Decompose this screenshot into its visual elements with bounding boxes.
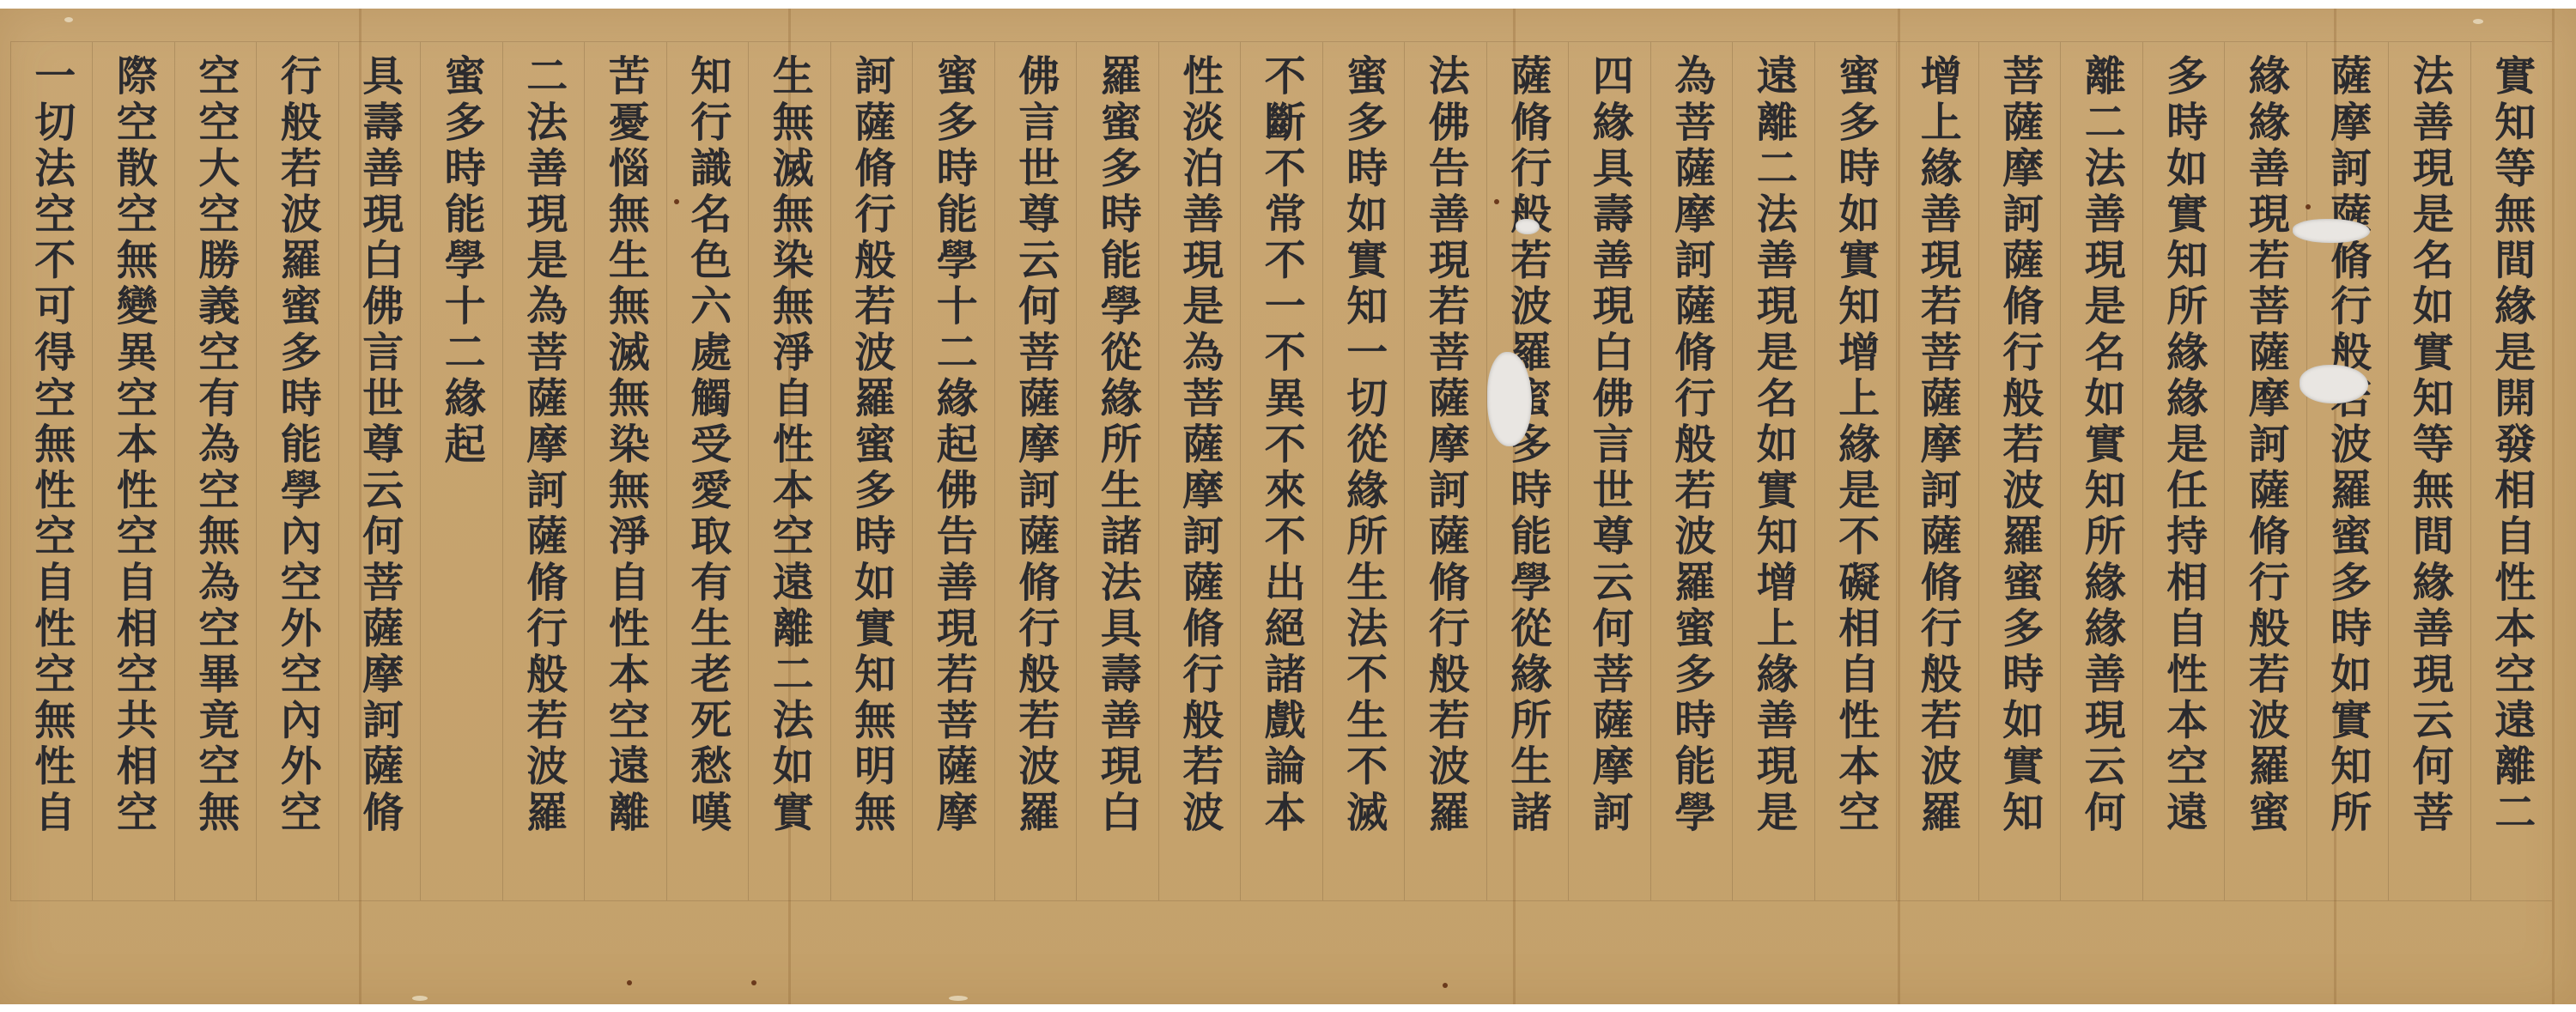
- text-column: 四緣具壽善現白佛言世尊云何菩薩摩訶: [1568, 42, 1650, 900]
- column-text: 二法善現是為菩薩摩訶薩脩行般若波羅: [523, 42, 564, 900]
- paper-tear: [1487, 352, 1532, 446]
- text-column: 離二法善現是名如實知所緣緣善現云何: [2060, 42, 2142, 900]
- text-column: 法善現是名如實知等無間緣善現云何菩: [2388, 42, 2470, 900]
- text-column: 知行識名色六處觸受愛取有生老死愁嘆: [666, 42, 749, 900]
- ink-speck: [627, 980, 632, 985]
- ink-speck: [751, 980, 756, 985]
- text-column: 行般若波羅蜜多時能學內空外空內外空: [256, 42, 338, 900]
- paper-tear: [2300, 365, 2368, 403]
- column-text: 具壽善現白佛言世尊云何菩薩摩訶薩脩: [359, 42, 400, 900]
- column-text: 行般若波羅蜜多時能學內空外空內外空: [276, 42, 318, 900]
- column-text: 薩脩行般若波羅蜜多時能學從緣所生諸: [1507, 42, 1548, 900]
- text-column: 多時如實知所緣緣是任持相自性本空遠: [2142, 42, 2225, 900]
- column-text: 蜜多時能學十二緣起佛告善現若菩薩摩: [933, 42, 974, 900]
- text-column: 不斷不常不一不異不來不出絕諸戲論本: [1240, 42, 1322, 900]
- column-text: 法佛告善現若菩薩摩訶薩脩行般若波羅: [1425, 42, 1466, 900]
- column-text: 羅蜜多時能學從緣所生諸法具壽善現白: [1097, 42, 1138, 900]
- text-column: 實知等無間緣是開發相自性本空遠離二: [2470, 42, 2553, 900]
- text-column: 薩摩訶薩脩行般若波羅蜜多時如實知所: [2306, 42, 2389, 900]
- column-text: 薩摩訶薩脩行般若波羅蜜多時如實知所: [2327, 42, 2368, 900]
- column-text: 訶薩脩行般若波羅蜜多時如實知無明無: [851, 42, 892, 900]
- wear-spot: [949, 996, 968, 1001]
- text-column: 法佛告善現若菩薩摩訶薩脩行般若波羅: [1404, 42, 1486, 900]
- text-column: 蜜多時能學十二緣起: [420, 42, 502, 900]
- text-column: 遠離二法善現是名如實知增上緣善現是: [1732, 42, 1814, 900]
- column-text: 不斷不常不一不異不來不出絕諸戲論本: [1261, 42, 1302, 900]
- text-column: 生無滅無染無淨自性本空遠離二法如實: [748, 42, 830, 900]
- column-text: 蜜多時如實知增上緣是不礙相自性本空: [1835, 42, 1876, 900]
- text-column: 訶薩脩行般若波羅蜜多時如實知無明無: [830, 42, 913, 900]
- column-text: 離二法善現是名如實知所緣緣善現云何: [2081, 42, 2122, 900]
- column-text: 遠離二法善現是名如實知增上緣善現是: [1753, 42, 1794, 900]
- column-text: 法善現是名如實知等無間緣善現云何菩: [2409, 42, 2450, 900]
- column-text: 一切法空不可得空無性空自性空無性自: [31, 42, 72, 900]
- text-column: 一切法空不可得空無性空自性空無性自: [10, 42, 93, 900]
- column-text: 佛言世尊云何菩薩摩訶薩脩行般若波羅: [1015, 42, 1056, 900]
- column-text: 多時如實知所緣緣是任持相自性本空遠: [2163, 42, 2204, 900]
- wear-spot: [412, 996, 428, 1001]
- column-text: 為菩薩摩訶薩脩行般若波羅蜜多時能學: [1671, 42, 1712, 900]
- ink-speck: [2306, 204, 2311, 209]
- column-text: 實知等無間緣是開發相自性本空遠離二: [2491, 42, 2532, 900]
- text-column: 增上緣善現若菩薩摩訶薩脩行般若波羅: [1896, 42, 1978, 900]
- text-column: 佛言世尊云何菩薩摩訶薩脩行般若波羅: [994, 42, 1077, 900]
- text-column: 蜜多時能學十二緣起佛告善現若菩薩摩: [912, 42, 994, 900]
- manuscript-scroll: 實知等無間緣是開發相自性本空遠離二 法善現是名如實知等無間緣善現云何菩 薩摩訶薩…: [0, 9, 2576, 1004]
- text-column: 二法善現是為菩薩摩訶薩脩行般若波羅: [502, 42, 585, 900]
- paper-tear: [2293, 219, 2370, 243]
- ruled-text-area: 實知等無間緣是開發相自性本空遠離二 法善現是名如實知等無間緣善現云何菩 薩摩訶薩…: [10, 41, 2552, 901]
- column-text: 知行識名色六處觸受愛取有生老死愁嘆: [687, 42, 728, 900]
- column-text: 性淡泊善現是為菩薩摩訶薩脩行般若波: [1179, 42, 1220, 900]
- column-text: 增上緣善現若菩薩摩訶薩脩行般若波羅: [1917, 42, 1958, 900]
- ink-speck: [1443, 983, 1448, 988]
- column-text: 緣緣善現若菩薩摩訶薩脩行般若波羅蜜: [2245, 42, 2286, 900]
- text-column: 具壽善現白佛言世尊云何菩薩摩訶薩脩: [338, 42, 421, 900]
- text-column: 蜜多時如實知增上緣是不礙相自性本空: [1814, 42, 1897, 900]
- text-column: 羅蜜多時能學從緣所生諸法具壽善現白: [1076, 42, 1158, 900]
- column-text: 生無滅無染無淨自性本空遠離二法如實: [769, 42, 810, 900]
- ink-speck: [674, 199, 679, 204]
- column-text: 苦憂惱無生無滅無染無淨自性本空遠離: [605, 42, 646, 900]
- text-column: 蜜多時如實知一切從緣所生法不生不滅: [1322, 42, 1405, 900]
- column-text: 際空散空無變異空本性空自相空共相空: [112, 42, 154, 900]
- wear-spot: [64, 17, 73, 22]
- text-column: 為菩薩摩訶薩脩行般若波羅蜜多時能學: [1650, 42, 1733, 900]
- text-column: 菩薩摩訶薩脩行般若波羅蜜多時如實知: [1978, 42, 2061, 900]
- column-text: 四緣具壽善現白佛言世尊云何菩薩摩訶: [1589, 42, 1630, 900]
- text-column: 緣緣善現若菩薩摩訶薩脩行般若波羅蜜: [2224, 42, 2306, 900]
- ink-speck: [1494, 199, 1499, 204]
- column-text: 蜜多時能學十二緣起: [440, 42, 482, 900]
- text-column: 性淡泊善現是為菩薩摩訶薩脩行般若波: [1158, 42, 1241, 900]
- wear-spot: [2473, 19, 2483, 24]
- column-text: 蜜多時如實知一切從緣所生法不生不滅: [1343, 42, 1384, 900]
- text-column: 空空大空勝義空有為空無為空畢竟空無: [174, 42, 257, 900]
- column-text: 菩薩摩訶薩脩行般若波羅蜜多時如實知: [1999, 42, 2040, 900]
- text-column: 際空散空無變異空本性空自相空共相空: [92, 42, 174, 900]
- paper-seam: [2552, 9, 2555, 1004]
- text-column: 薩脩行般若波羅蜜多時能學從緣所生諸: [1486, 42, 1569, 900]
- text-column: 苦憂惱無生無滅無染無淨自性本空遠離: [584, 42, 666, 900]
- column-text: 空空大空勝義空有為空無為空畢竟空無: [195, 42, 236, 900]
- paper-tear: [1516, 219, 1540, 234]
